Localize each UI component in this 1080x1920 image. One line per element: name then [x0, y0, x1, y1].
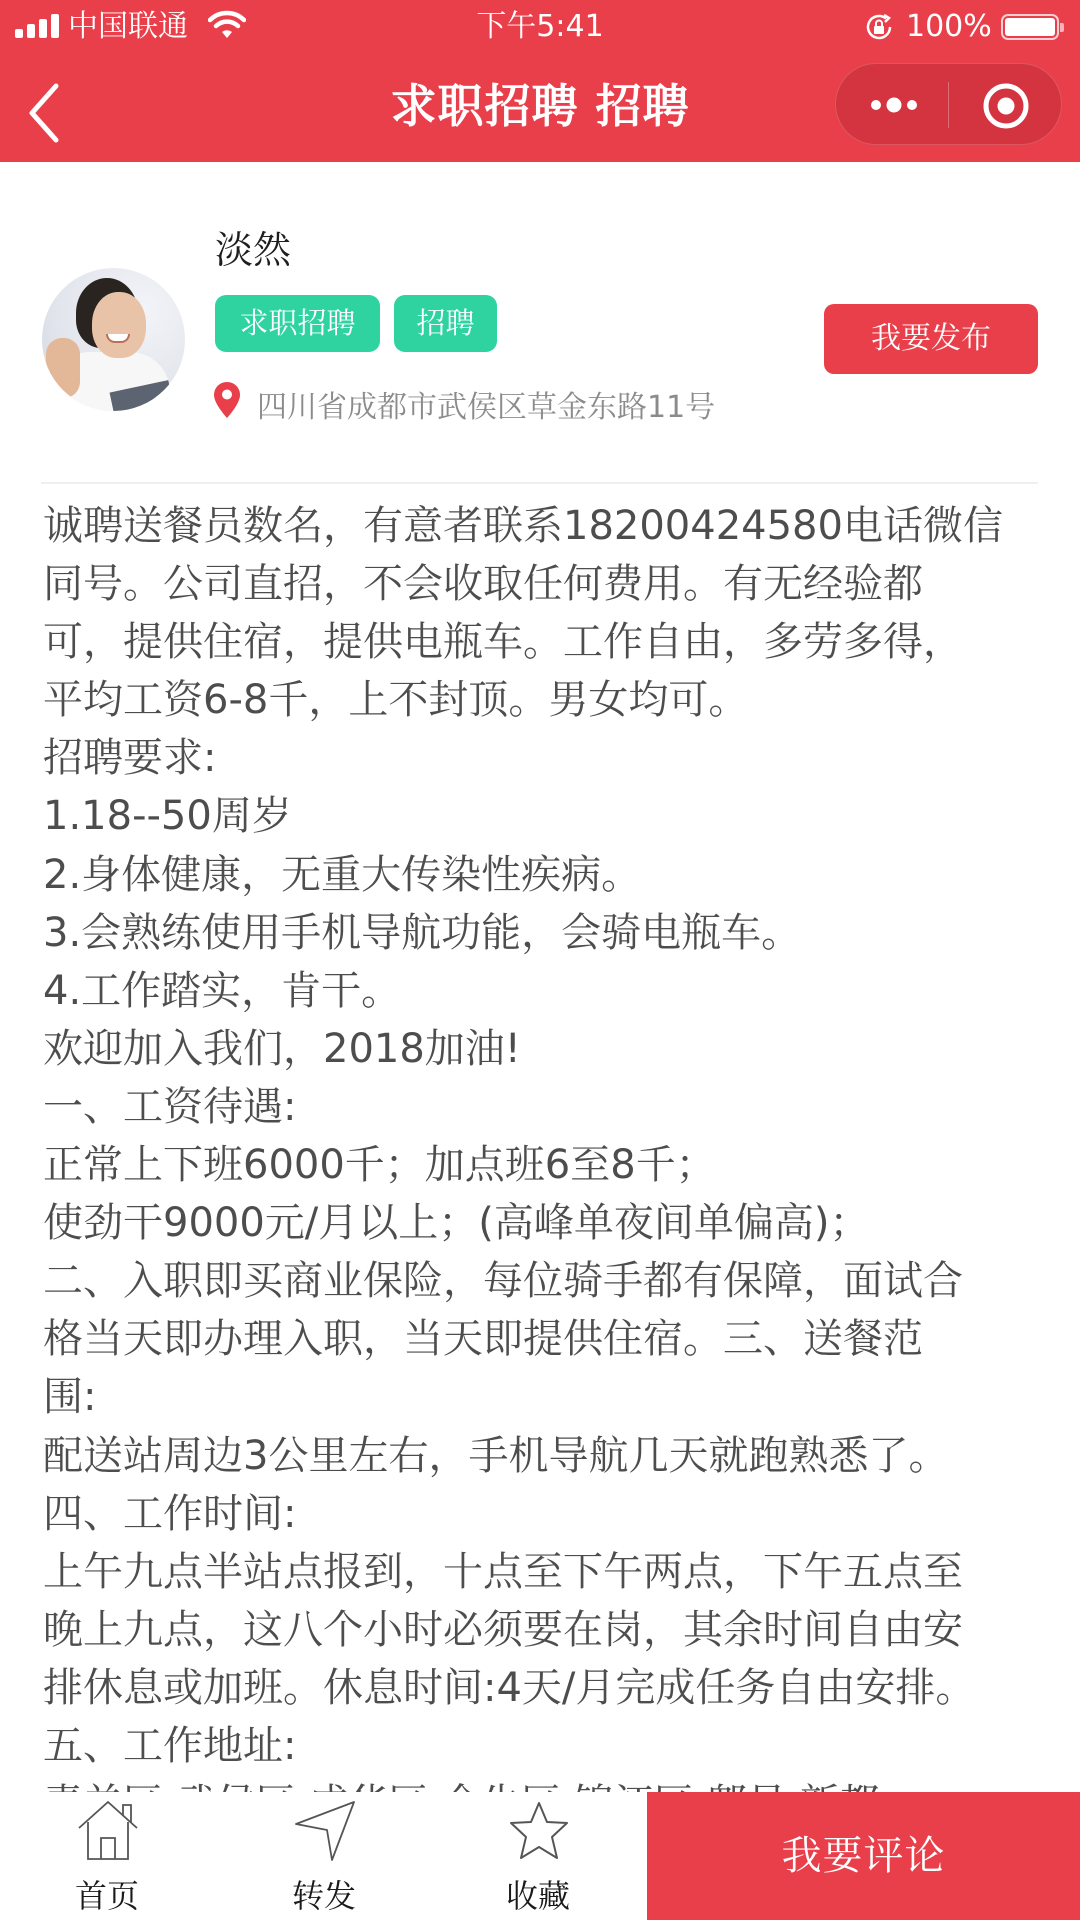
tab-share-label: 转发 [259, 1878, 389, 1914]
content-line: 1.18--50周岁 [43, 787, 1043, 845]
category-tag[interactable]: 求职招聘 [215, 295, 380, 352]
content-line: 诚聘送餐员数名，有意者联系18200424580电话微信 [43, 497, 1043, 555]
battery-percent: 100% [906, 9, 992, 45]
battery-icon [1001, 14, 1059, 40]
content-line: 3.会熟练使用手机导航功能，会骑电瓶车。 [43, 904, 1043, 962]
content-line: 五、工作地址: [43, 1717, 1043, 1775]
more-dots-icon[interactable] [864, 64, 924, 146]
content-line: 晚上九点，这八个小时必须要在岗，其余时间自由安 [43, 1601, 1043, 1659]
content-line: 围: [43, 1368, 1043, 1426]
miniprogram-capsule [835, 63, 1062, 145]
content-line: 格当天即办理入职，当天即提供住宿。三、送餐范 [43, 1310, 1043, 1368]
tab-favorite-label: 收藏 [473, 1878, 603, 1914]
star-icon [508, 1800, 570, 1862]
avatar[interactable] [42, 268, 185, 411]
content-line: 二、入职即买商业保险，每位骑手都有保障，面试合 [43, 1252, 1043, 1310]
content-line: 招聘要求: [43, 729, 1043, 787]
content-line: 上午九点半站点报到，十点至下午两点，下午五点至 [43, 1543, 1043, 1601]
content-line: 4.工作踏实，肯干。 [43, 962, 1043, 1020]
top-bar: 中国联通 下午5:41 100% 求职招聘 招聘 [0, 0, 1080, 162]
tab-home[interactable]: 首页 [42, 1792, 172, 1920]
content-line: 四、工作时间: [43, 1485, 1043, 1543]
content-line: 同号。公司直招，不会收取任何费用。有无经验都 [43, 555, 1043, 613]
comment-button[interactable]: 我要评论 [647, 1792, 1080, 1920]
location-pin-icon [213, 381, 241, 419]
content-line: 一、工资待遇: [43, 1078, 1043, 1136]
content-line: 排休息或加班。休息时间:4天/月完成任务自由安排。 [43, 1659, 1043, 1717]
post-content: 诚聘送餐员数名，有意者联系18200424580电话微信 同号。公司直招，不会收… [43, 497, 1043, 1833]
section-divider [41, 482, 1038, 484]
content-line: 平均工资6-8千，上不封顶。男女均可。 [43, 671, 1043, 729]
user-name: 淡然 [215, 226, 291, 274]
tab-home-label: 首页 [42, 1878, 172, 1914]
location-text: 四川省成都市武侯区草金东路11号 [257, 388, 715, 428]
send-icon [294, 1800, 356, 1862]
close-target-icon[interactable] [978, 78, 1034, 134]
content-line: 正常上下班6000千；加点班6至8千； [43, 1136, 1043, 1194]
content-line: 配送站周边3公里左右，手机导航几天就跑熟悉了。 [43, 1427, 1043, 1485]
subcategory-tag[interactable]: 招聘 [394, 295, 497, 352]
content-line: 可，提供住宿，提供电瓶车。工作自由，多劳多得， [43, 613, 1043, 671]
content-line: 欢迎加入我们，2018加油! [43, 1020, 1043, 1078]
content-line: 使劲干9000元/月以上；(高峰单夜间单偏高)； [43, 1194, 1043, 1252]
bottom-action-bar: 首页 转发 收藏 我要评论 [0, 1792, 1080, 1920]
content-line: 2.身体健康，无重大传染性疾病。 [43, 846, 1043, 904]
orientation-lock-icon [864, 12, 894, 42]
capsule-divider [948, 82, 949, 128]
tab-share[interactable]: 转发 [259, 1792, 389, 1920]
publish-button[interactable]: 我要发布 [824, 304, 1038, 374]
status-bar: 中国联通 下午5:41 100% [0, 0, 1080, 55]
tab-favorite[interactable]: 收藏 [473, 1792, 603, 1920]
home-icon [77, 1800, 139, 1862]
